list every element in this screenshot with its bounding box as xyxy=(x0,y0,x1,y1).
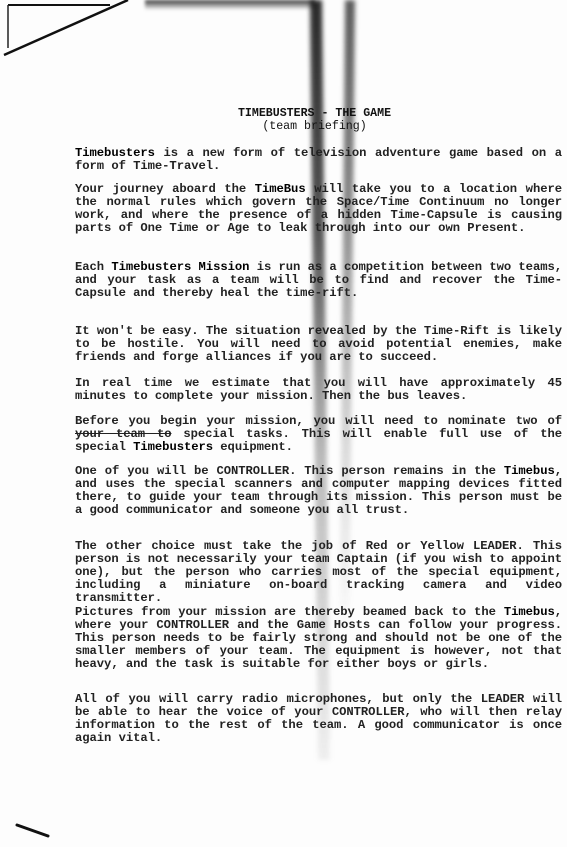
bold-term: Timebusters xyxy=(75,146,155,160)
corner-triangle-mark-icon xyxy=(0,0,140,60)
bold-term: Timebusters xyxy=(133,440,213,454)
text-run: It won't be easy. The situation revealed… xyxy=(75,324,562,364)
paragraph: Timebusters is a new form of television … xyxy=(75,147,562,173)
document-title: TIMEBUSTERS - THE GAME xyxy=(67,107,562,120)
text-run: equipment. xyxy=(213,440,293,454)
paragraph: It won't be easy. The situation revealed… xyxy=(75,325,562,364)
text-run: Your journey aboard the xyxy=(75,182,255,196)
paragraph: One of you will be CONTROLLER. This pers… xyxy=(75,465,562,517)
paragraph: Each Timebusters Mission is run as a com… xyxy=(75,261,562,300)
bold-term: TimeBus xyxy=(255,182,306,196)
paragraph: The other choice must take the job of Re… xyxy=(75,540,562,605)
struck-text: your team to xyxy=(75,427,171,441)
text-run: One of you will be CONTROLLER. This pers… xyxy=(75,464,504,478)
paragraph: All of you will carry radio microphones,… xyxy=(75,693,562,745)
text-run: In real time we estimate that you will h… xyxy=(75,376,562,403)
document-body: TIMEBUSTERS - THE GAME (team briefing) T… xyxy=(75,107,562,133)
paragraph: Your journey aboard the TimeBus will tak… xyxy=(75,183,562,235)
scan-smudge xyxy=(145,0,315,10)
text-run: Pictures from your mission are thereby b… xyxy=(75,605,504,619)
text-run: Before you begin your mission, you will … xyxy=(75,414,562,428)
paragraph: Pictures from your mission are thereby b… xyxy=(75,606,562,671)
title-block: TIMEBUSTERS - THE GAME (team briefing) xyxy=(67,107,562,133)
paragraph: Before you begin your mission, you will … xyxy=(75,415,562,454)
text-run: Each xyxy=(75,260,111,274)
pen-stroke-mark-icon xyxy=(15,822,51,838)
text-run: All of you will carry radio microphones,… xyxy=(75,692,562,745)
text-run: The other choice must take the job of Re… xyxy=(75,539,562,605)
bold-term: Timebusters Mission xyxy=(111,260,249,274)
bold-term: Timebus xyxy=(504,605,555,619)
scanned-page: TIMEBUSTERS - THE GAME (team briefing) T… xyxy=(0,0,567,847)
bold-term: Timebus xyxy=(504,464,555,478)
paragraph: In real time we estimate that you will h… xyxy=(75,377,562,403)
document-subtitle: (team briefing) xyxy=(67,120,562,133)
